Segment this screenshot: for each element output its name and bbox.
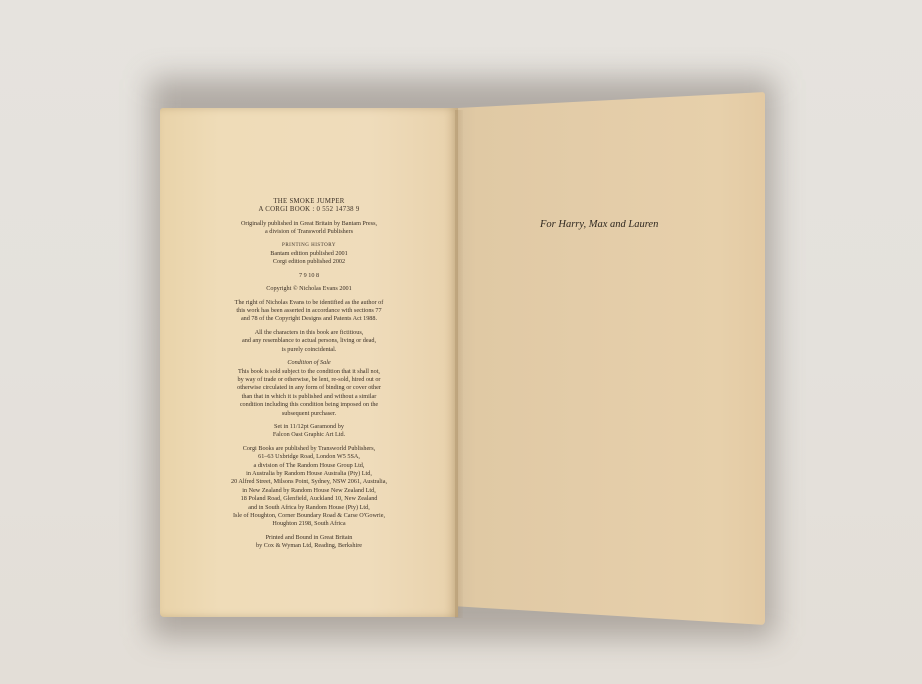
right-page [458,92,765,625]
section-heading: PRINTING HISTORY [180,242,438,250]
text-line: Corgi Books are published by Transworld … [180,445,438,453]
text-line: All the characters in this book are fict… [180,329,438,337]
fiction-notice: All the characters in this book are fict… [180,329,438,354]
text-line: a division of Transworld Publishers [180,228,438,236]
copyright-line: Copyright © Nicholas Evans 2001 [180,285,438,293]
text-line: Bantam edition published 2001 [180,250,438,258]
text-line: a division of The Random House Group Ltd… [180,462,438,470]
text-line: is purely coincidental. [180,346,438,354]
book-gutter [455,110,463,618]
text-line: and in South Africa by Random House (Pty… [180,504,438,512]
text-line: by Cox & Wyman Ltd, Reading, Berkshire [180,542,438,550]
text-line: and 78 of the Copyright Designs and Pate… [180,315,438,323]
text-line: 20 Alfred Street, Milsons Point, Sydney,… [180,478,438,486]
text-line: Falcon Oast Graphic Art Ltd. [180,431,438,439]
dedication: For Harry, Max and Lauren [540,219,700,230]
text-line: by way of trade or otherwise, be lent, r… [180,376,438,384]
text-line: The right of Nicholas Evans to be identi… [180,299,438,307]
text-line: Houghton 2198, South Africa [180,520,438,528]
text-line: than that in which it is published and w… [180,393,438,401]
origin-notice: Originally published in Great Britain by… [180,220,438,237]
book-title: THE SMOKE JUMPER [180,198,438,206]
text-line: condition including this condition being… [180,401,438,409]
text-line: Originally published in Great Britain by… [180,220,438,228]
print-numbers: 7 9 10 8 [180,272,438,280]
printing-history: PRINTING HISTORY Bantam edition publishe… [180,242,438,267]
text-line: 61–63 Uxbridge Road, London W5 5SA, [180,453,438,461]
rights-notice: The right of Nicholas Evans to be identi… [180,299,438,324]
section-heading: Condition of Sale [180,359,438,367]
text-line: Printed and Bound in Great Britain [180,534,438,542]
text-line: Set in 11/12pt Garamond by [180,423,438,431]
text-line: in New Zealand by Random House New Zeala… [180,487,438,495]
text-line: in Australia by Random House Australia (… [180,470,438,478]
text-line: and any resemblance to actual persons, l… [180,337,438,345]
publisher-notice: Corgi Books are published by Transworld … [180,445,438,529]
condition-of-sale: Condition of Sale This book is sold subj… [180,359,438,418]
printer-notice: Printed and Bound in Great Britain by Co… [180,534,438,551]
text-line: otherwise circulated in any form of bind… [180,384,438,392]
text-line: subsequent purchaser. [180,410,438,418]
typeset-notice: Set in 11/12pt Garamond by Falcon Oast G… [180,423,438,440]
text-line: this work has been asserted in accordanc… [180,307,438,315]
text-line: Isle of Houghton, Corner Boundary Road &… [180,512,438,520]
text-line: This book is sold subject to the conditi… [180,368,438,376]
text-line: 18 Poland Road, Glenfield, Auckland 10, … [180,495,438,503]
copyright-imprint: THE SMOKE JUMPER A CORGI BOOK : 0 552 14… [180,198,438,556]
isbn-line: A CORGI BOOK : 0 552 14738 9 [180,206,438,214]
text-line: Corgi edition published 2002 [180,258,438,266]
